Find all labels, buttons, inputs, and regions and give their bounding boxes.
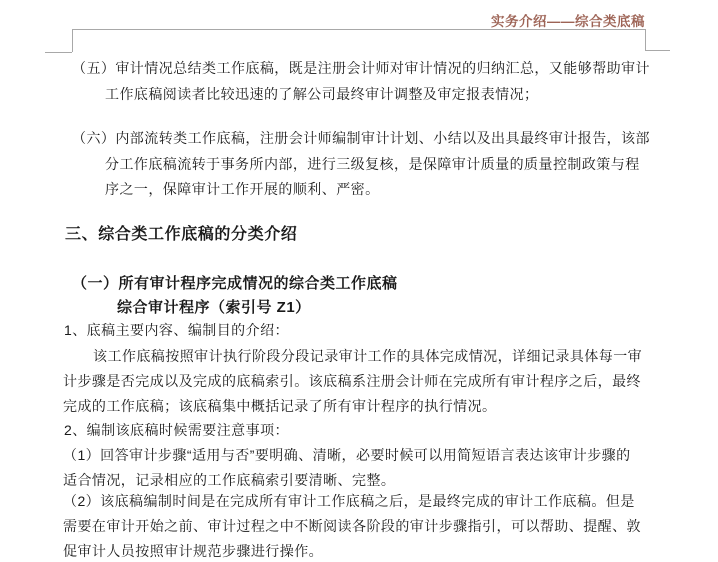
text-line: 促审计人员按照审计规范步骤进行操作。 [63,541,323,561]
text-line: （1）回答审计步骤“适用与否”要明确、清晰，必要时候可以用简短语言表达该审计步骤… [63,445,631,465]
text-line: 该工作底稿按照审计执行阶段分段记录审计工作的具体完成情况，详细记录具体每一审 [93,346,642,366]
text-boundary-mark-left-h [45,52,72,53]
text-boundary-mark-left-v [72,29,73,52]
text-line: 2、编制该底稿时候需要注意事项： [64,420,289,440]
text-boundary-mark-right-v [645,29,646,50]
text-line: 计步骤是否完成以及完成的底稿索引。该底稿系注册会计师在完成所有审计程序之后，最终 [63,371,641,391]
header-rule-line [72,29,645,30]
text-line: 适合情况，记录相应的工作底稿索引要清晰、完整。 [63,470,395,490]
sub-heading: （一）所有审计程序完成情况的综合类工作底稿 [72,272,398,293]
text-boundary-mark-right-h [645,50,670,51]
text-line: （2）该底稿编制时间是在完成所有审计工作底稿之后，是最终完成的审计工作底稿。但是 [63,491,635,511]
text-line: 工作底稿阅读者比较迅速的了解公司最终审计调整及审定报表情况； [105,84,539,104]
sub-heading: 综合审计程序（索引号 Z1） [117,296,311,317]
section-heading: 三、综合类工作底稿的分类介绍 [65,221,297,244]
text-line: 需要在审计开始之前、审计过程之中不断阅读各阶段的审计步骤指引，可以帮助、提醒、敦 [63,516,641,536]
document-page: 实务介绍——综合类底稿 （五）审计情况总结类工作底稿，既是注册会计师对审计情况的… [0,0,718,562]
text-line: 1、底稿主要内容、编制目的介绍： [64,320,289,340]
running-header-title: 实务介绍——综合类底稿 [0,10,645,30]
text-line: （五）审计情况总结类工作底稿，既是注册会计师对审计情况的归纳汇总，又能够帮助审计 [72,58,650,78]
text-line: 序之一，保障审计工作开展的顺利、严密。 [105,179,380,199]
text-line: 分工作底稿流转于事务所内部，进行三级复核，是保障审计质量的质量控制政策与程 [105,154,640,174]
text-line: 完成的工作底稿；该底稿集中概括记录了所有审计程序的执行情况。 [63,396,497,416]
text-line: （六）内部流转类工作底稿，注册会计师编制审计计划、小结以及出具最终审计报告，该部 [72,128,650,148]
